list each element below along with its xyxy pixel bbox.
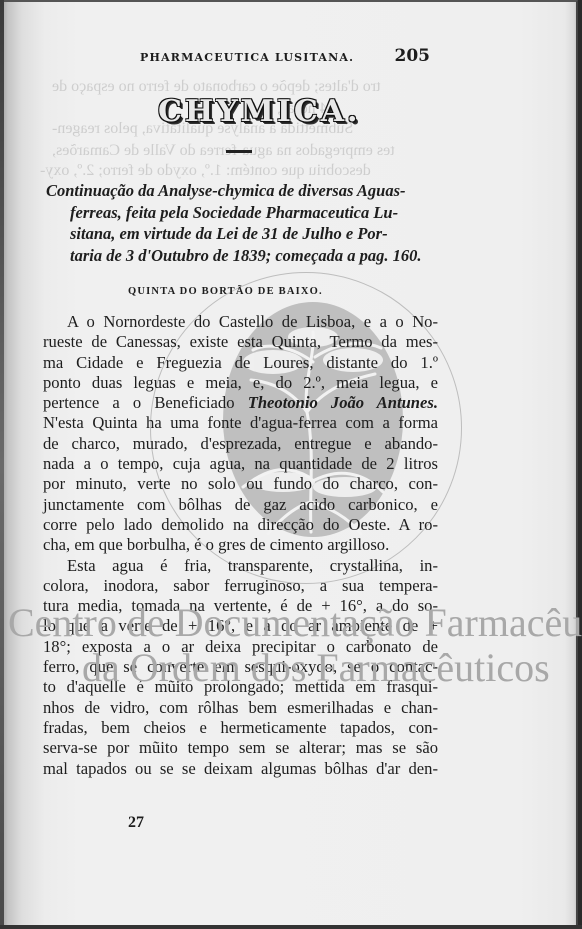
subtitle-line: ferreas, feita pela Sociedade Pharmaceut… — [46, 202, 438, 224]
body-line-with-name: pertence a o Beneficiado Theotonio João … — [43, 393, 438, 413]
running-header: PHARMACEUTICA LUSITANA. 205 — [140, 46, 430, 66]
body-line: junctamente com bôlhas de gaz acido carb… — [43, 495, 438, 515]
body-line: A o Nornordeste do Castello de Lisboa, e… — [43, 312, 438, 332]
page-bottom-edge — [0, 925, 582, 929]
subtitle-line: taria de 3 d'Outubro de 1839; começada a… — [46, 245, 438, 267]
title-rule — [226, 150, 252, 153]
body-line: por minuto, verte no solo ou fundo do ch… — [43, 474, 438, 494]
body-line: corre pelo lado demolido na direcção do … — [43, 515, 438, 535]
body-line: fradas, bem cheios e hermeticamente tapa… — [43, 718, 438, 738]
body-line: ma Cidade e Freguezia de Loures, distant… — [43, 353, 438, 373]
section-title: CHYMICA. — [158, 94, 360, 129]
place-heading: QUINTA DO BORTÃO DE BAIXO. — [128, 286, 323, 297]
subtitle-line: Continuação da Analyse-chymica de divers… — [46, 180, 438, 202]
body-line: ponto duas leguas e meia, e, do 2.º, mei… — [43, 373, 438, 393]
body-line: mal tapados ou se se deixam algumas bôlh… — [43, 759, 438, 779]
page-number: 205 — [395, 46, 431, 66]
body-line: Esta agua é fria, transparente, crystall… — [43, 556, 438, 576]
body-text: A o Nornordeste do Castello de Lisboa, e… — [43, 312, 438, 779]
body-line: serva-se por mũito tempo sem se alterar;… — [43, 738, 438, 758]
body-line: rueste de Canessas, existe esta Quinta, … — [43, 332, 438, 352]
bleed-through-line: tes empregados na agua-ferrea do Valle d… — [52, 142, 395, 160]
italic-name: Theotonio João Antunes. — [248, 393, 438, 412]
watermark-text-line2: da Ordem dos Farmacêuticos — [82, 644, 550, 691]
article-subtitle: Continuação da Analyse-chymica de divers… — [46, 180, 438, 266]
watermark-text-line1: Centro de Documentação Farmacêutica — [8, 599, 582, 646]
body-line: nhos de vidro, com rôlhas bem esmerilhad… — [43, 698, 438, 718]
book-page: tro d'altes; depõe o carbonato de ferro … — [0, 0, 578, 925]
running-head-title: PHARMACEUTICA LUSITANA. — [140, 51, 354, 64]
page-left-edge — [0, 0, 4, 929]
body-line: pertence a o Beneficiado — [43, 393, 248, 412]
subtitle-line: sitana, em virtude da Lei de 31 de Julho… — [46, 223, 438, 245]
body-line: de charco, murado, d'esprezada, entregue… — [43, 434, 438, 454]
body-line: N'esta Quinta ha uma fonte d'agua-ferrea… — [43, 413, 438, 433]
signature-mark: 27 — [128, 814, 144, 832]
body-line: nada a o tempo, cuja agua, na quantidade… — [43, 454, 438, 474]
bleed-through-line: descobriu que contém: 1.º, oxydo de ferr… — [40, 162, 371, 180]
body-line: colora, inodora, sabor ferruginoso, a su… — [43, 576, 438, 596]
body-line: cha, em que borbulha, é o gres de ciment… — [43, 535, 438, 555]
